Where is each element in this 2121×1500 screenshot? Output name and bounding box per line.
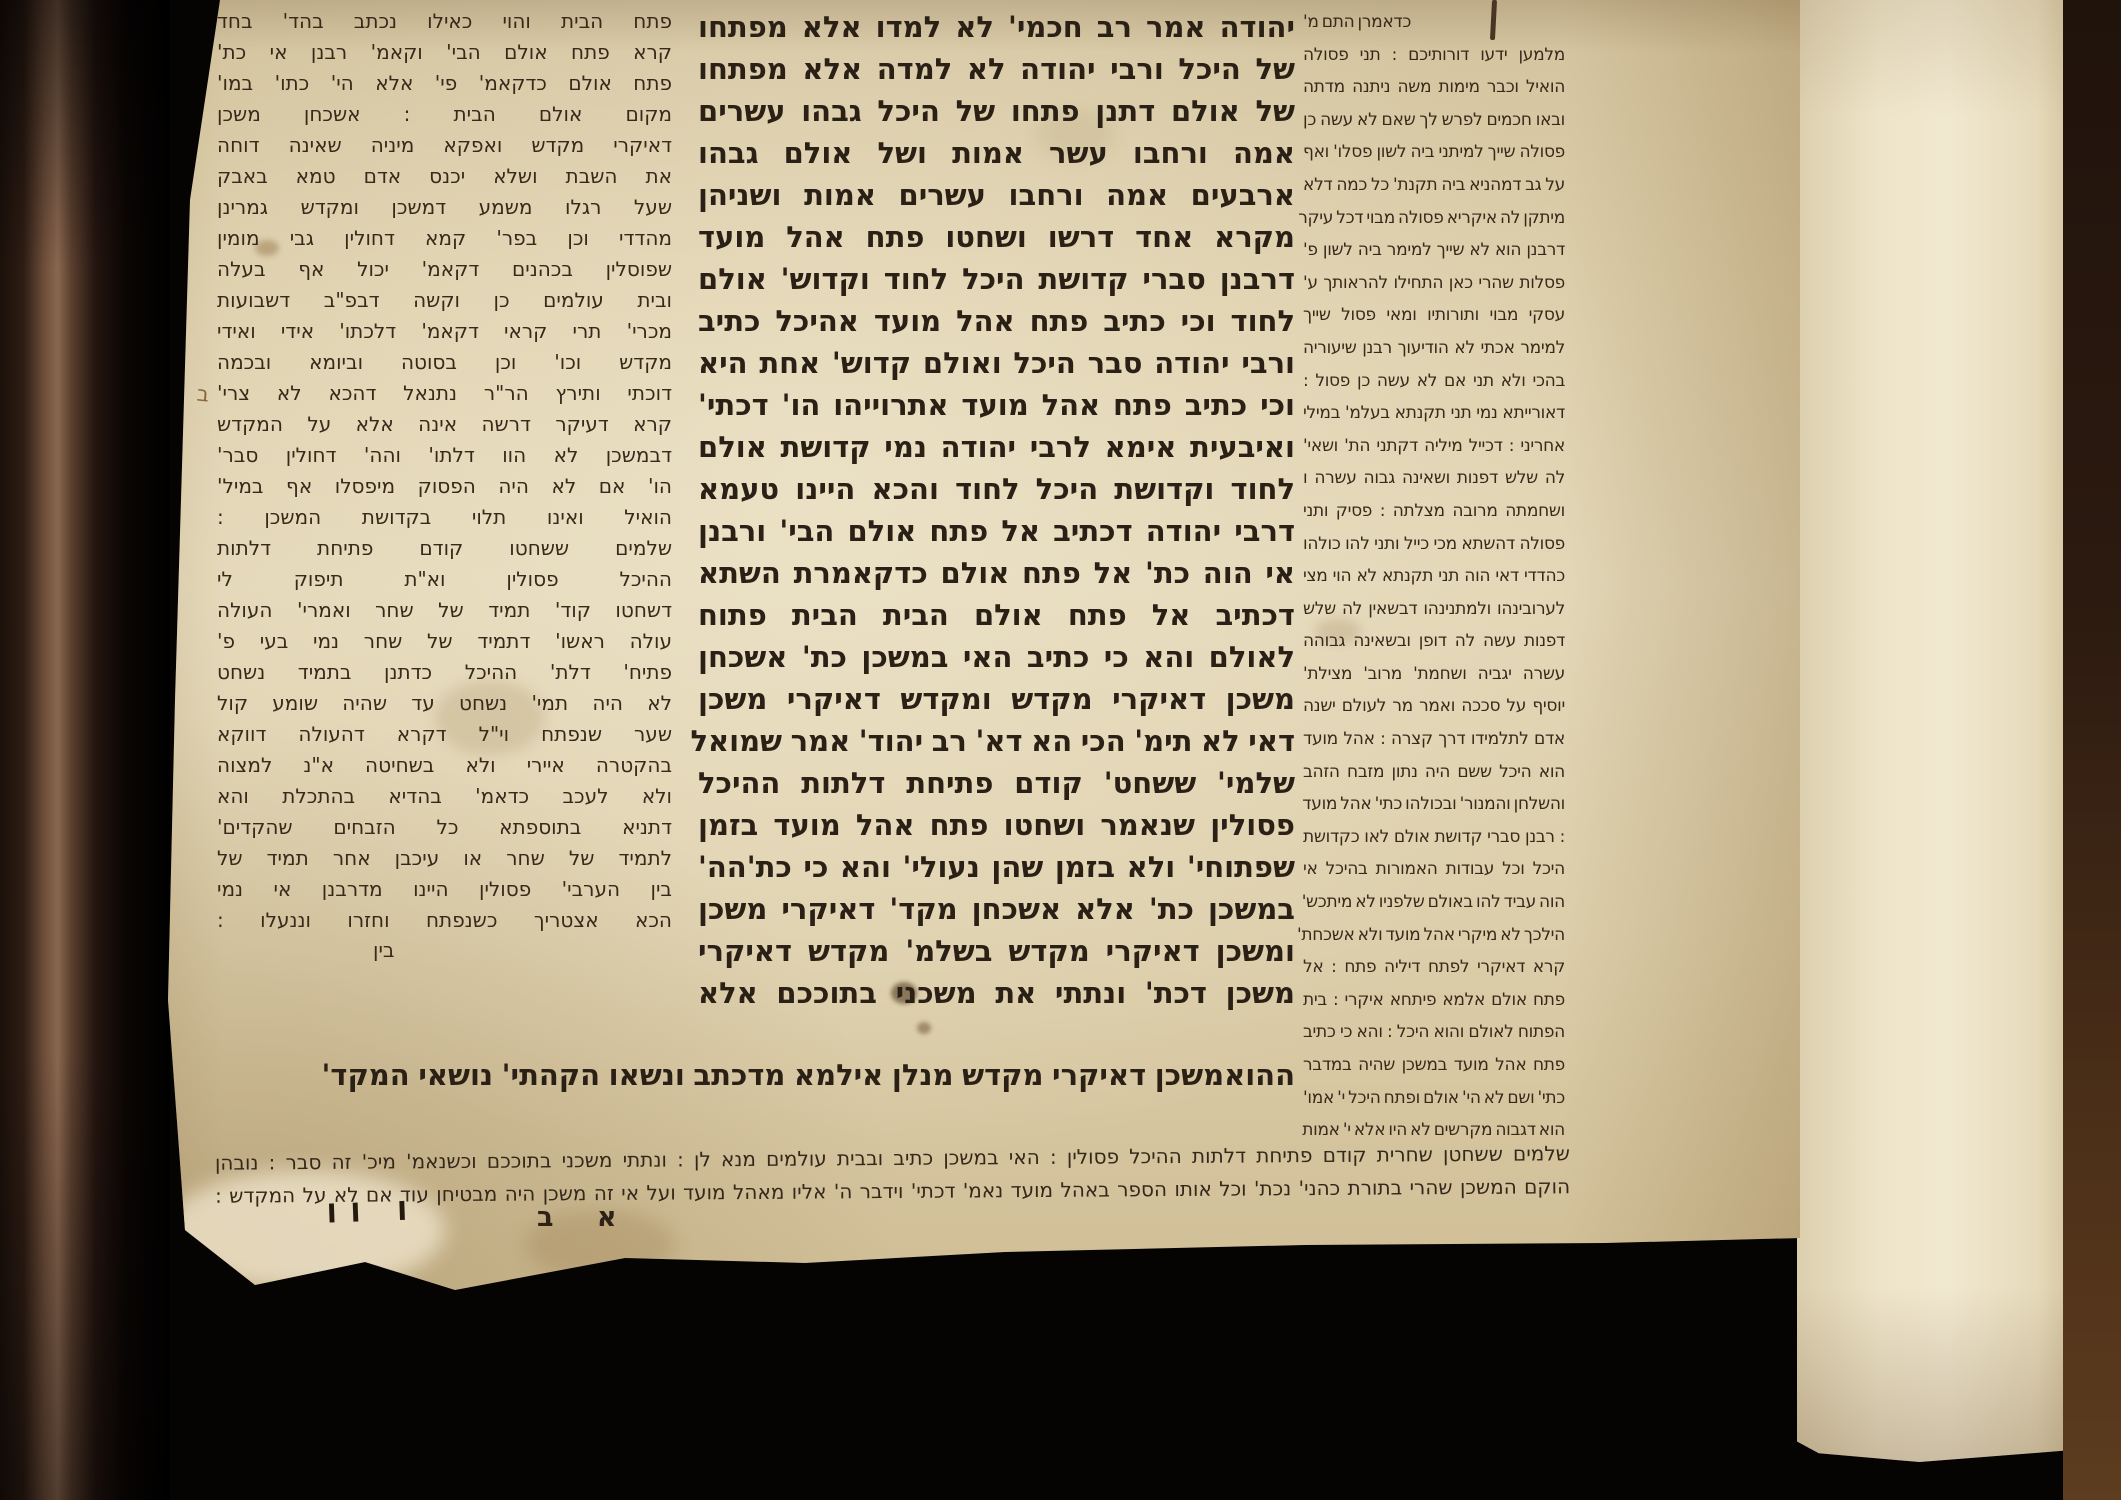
- text-line: קרא דעיקר דרשה אינה אלא על המקדש: [217, 409, 672, 440]
- text-line: אדם לתלמידו דרך קצרה : אהל מועד: [1303, 723, 1565, 756]
- text-line: על גב דמהניא ביה תקנת' כל כמה דלא: [1303, 169, 1565, 202]
- text-line: : רבנן סברי קדושת אולם לאו כקדושת: [1303, 821, 1565, 854]
- left-commentary-column: פתח הבית והוי כאילו נכתב בהד' בחדקרא פתח…: [217, 6, 672, 936]
- text-line: פסלות שהרי כאן התחילו להראותך ע': [1303, 267, 1565, 300]
- text-line: קרא פתח אולם הבי' וקאמ' רבנן אי כת': [217, 37, 672, 68]
- text-line: מקדש וכו' וכן בסוטה וביומא ובכמה: [217, 347, 672, 378]
- text-line: דשחטו קוד' תמיד של שחר ואמרי' העולה: [217, 595, 672, 626]
- text-line: פסולה שייך למיתני ביה לשון פסלו' ואף: [1303, 136, 1565, 169]
- text-line: שפתוחי' ולא בזמן שהן נעולי' והא כי כת'הה…: [698, 846, 1295, 888]
- text-line: משכן דאיקרי מקדש ומקדש דאיקרי משכן: [698, 678, 1295, 720]
- text-line: כהדדי דאי הוה תני תקנתא לא הוי מצי: [1303, 560, 1565, 593]
- text-line: הכא אצטריך כשנפתח וחזרו וננעלו :: [217, 905, 672, 936]
- text-line: עולה ראשו' דתמיד של שחר נמי בעי פ': [217, 626, 672, 657]
- facing-page-edge: [1797, 0, 2069, 1462]
- text-line: ואיבעית אימא לרבי יהודה נמי קדושת אולם: [698, 426, 1295, 468]
- text-line: מיתקן לה איקריא פסולה מבוי דכל עיקר: [1303, 202, 1565, 235]
- text-line: ולא לעכב כדאמ' בהדיא בהתכלת והא: [217, 781, 672, 812]
- text-line: פתח הבית והוי כאילו נכתב בהד' בחד: [217, 6, 672, 37]
- text-line: אי הוה כת' אל פתח אולם כדקאמרת השתא: [698, 552, 1295, 594]
- text-line: דרבנן הוא לא שייך למימר ביה לשון פ': [1303, 234, 1565, 267]
- text-line: לחוד וקדושת היכל לחוד והכא היינו טעמא: [698, 468, 1295, 510]
- text-line: דרבי יהודה דכתיב אל פתח אולם הבי' ורבנן: [698, 510, 1295, 552]
- rashi-column: כדאמרן התם מ'מלמען ידעו דורותיכם : תני פ…: [1303, 6, 1565, 1147]
- text-line: מקרא אחד דרשו ושחטו פתח אהל מועד: [698, 216, 1295, 258]
- text-line: דבמשכן לא הוו דלתו' והה' דחולין סבר': [217, 440, 672, 471]
- text-line: פתח אולם אלמא פיתחא איקרי : בית: [1303, 984, 1565, 1017]
- text-line: שעל רגלו משמע דמשכן ומקדש גמרינן: [217, 192, 672, 223]
- left-column-catchword: בין: [373, 938, 394, 962]
- text-line: פסולה דהשתא מכי כייל ותני להו כולהו: [1303, 528, 1565, 561]
- text-line: לערובינהו ולמתנינהו דבשאין לה שלש: [1303, 593, 1565, 626]
- page-catchword: ההוא: [1224, 1058, 1295, 1092]
- text-line: בהכי ולא תני אם לא עשה כן פסול :: [1303, 365, 1565, 398]
- text-line: דאורייתא נמי תני תקנתא בעלמ' במילי: [1303, 397, 1565, 430]
- gemara-last-line: ההוא משכן דאיקרי מקדש מנלן אילמא מדכתב ו…: [290, 1058, 1295, 1092]
- text-line: את השבת ושלא יכנס אדם טמא באבק: [217, 161, 672, 192]
- text-line: למימר אכתי לא הודיעוך רבנן שיעוריה: [1303, 332, 1565, 365]
- text-line: מהדדי וכן בפר' קמא דחולין גבי מומין: [217, 223, 672, 254]
- text-line: בהקטרה איירי ולא בשחיטה א"נ למצוה: [217, 750, 672, 781]
- text-line: ובאו חכמים לפרש לך שאם לא עשה כן: [1303, 104, 1565, 137]
- text-line: שלמי' ששחט' קודם פתיחת דלתות ההיכל: [698, 762, 1295, 804]
- talmud-page: פתח הבית והוי כאילו נכתב בהד' בחדקרא פתח…: [105, 0, 1800, 1300]
- text-line: ובית עולמים כן וקשה דבפ"ב דשבועות: [217, 285, 672, 316]
- text-line: מקום אולם הבית : אשכחן משכן: [217, 99, 672, 130]
- book-scan: פתח הבית והוי כאילו נכתב בהד' בחדקרא פתח…: [0, 0, 2121, 1500]
- text-line: פתיח' דלת' ההיכל כדתנן בתמיד נשחט: [217, 657, 672, 688]
- text-line: כתי' ושם לא הי' אולם ופתח היכל י' אמו': [1303, 1082, 1565, 1115]
- text-line: הוא היכל ששם היה נתון מזבח הזהב: [1303, 756, 1565, 789]
- text-line: דאי לא תימ' הכי הא דא' רב יהוד' אמר שמוא…: [698, 720, 1295, 762]
- text-line: הו' אם לא היה הפסוק מיפסלו אף במיל': [217, 471, 672, 502]
- text-line: לחוד וכי כתיב פתח אהל מועד אהיכל כתיב: [698, 300, 1295, 342]
- text-line: ושחמתה מרובה מצלתה : פסיק ותני: [1303, 495, 1565, 528]
- text-line: פתח אהל מועד במשכן שהיה במדבר: [1303, 1049, 1565, 1082]
- text-line: לא היה תמי' נשחט עד שהיה שומע קול: [217, 688, 672, 719]
- text-line: עסקי מבוי ותורותיו ומאי פסול שייך: [1303, 299, 1565, 332]
- handwritten-pen-marks: II I: [327, 1196, 422, 1229]
- text-line: עשרה יגביה ושחמת' מרוב' מצילת': [1303, 658, 1565, 691]
- text-line: של אולם דתנן פתחו של היכל גבהו עשרים: [698, 90, 1295, 132]
- text-line: ארבעים אמה ורחבו עשרים אמות ושניהן: [698, 174, 1295, 216]
- text-line: פתח אולם כדקאמ' פי' אלא הי' כתו' במו': [217, 68, 672, 99]
- text-line: ההיכל פסולין וא"ת תיפוק לי: [217, 564, 672, 595]
- margin-ink-letter: ב: [196, 381, 211, 406]
- book-cover-left: [0, 0, 170, 1500]
- text-line: מכרי' תרי קראי דקאמ' דלכתו' אידי ואידי: [217, 316, 672, 347]
- text-line: הוה עביד להו באולם שלפניו לא מיתכש': [1303, 886, 1565, 919]
- text-line: שפוסלין בכהנים דקאמ' יכול אף בעלה: [217, 254, 672, 285]
- text-line: יהודה אמר רב חכמי' לא למדו אלא מפתחו: [698, 6, 1295, 48]
- text-line: כדאמרן התם מ': [1303, 6, 1565, 39]
- paper-stain: [917, 1022, 931, 1034]
- text-line: לתמיד של שחר או עיכבן אחר תמיד של: [217, 843, 672, 874]
- text-line: וכי כתיב פתח אהל מועד אתרוייהו הו' דכתי': [698, 384, 1295, 426]
- text-line: הפתוח לאולם והוא היכל : והא כי כתיב: [1303, 1016, 1565, 1049]
- text-line: לאולם והא כי כתיב האי במשכן כת' אשכחן: [698, 636, 1295, 678]
- quire-signature-letters: א ב: [537, 1202, 617, 1233]
- text-line: דוכתי ותירץ הר"ר נתנאל דהכא לא צרי': [217, 378, 672, 409]
- text-line: היכל וכל עבודות האמורות בהיכל אי: [1303, 853, 1565, 886]
- text-line: דתניא בתוספתא כל הזבחים שהקדים': [217, 812, 672, 843]
- text-line: פסולין שנאמר ושחטו פתח אהל מועד בזמן: [698, 804, 1295, 846]
- text-line: דכתיב אל פתח אולם הבית הבית פתוח: [698, 594, 1295, 636]
- text-line: לה שלש דפנות ושאינה גבוה עשרה ו: [1303, 462, 1565, 495]
- text-line: דרבנן סברי קדושת היכל לחוד וקדוש' אולם: [698, 258, 1295, 300]
- text-line: דפנות עשה לה דופן ובשאינה גבוהה: [1303, 625, 1565, 658]
- text-line: במשכן כת' אלא אשכחן מקד' דאיקרי משכן: [698, 888, 1295, 930]
- text-line: בין הערבי' פסולין היינו מדרבנן אי נמי: [217, 874, 672, 905]
- text-line: אמה ורחבו עשר אמות ושל אולם גבהו: [698, 132, 1295, 174]
- text-line: יוסיף על סככה ואמר מר לעולם ישנה: [1303, 690, 1565, 723]
- text-line: ורבי יהודה סבר היכל ואולם קדוש' אחת היא: [698, 342, 1295, 384]
- text-line: אחריני : דכייל מיליה דקתני הת' ושאי': [1303, 430, 1565, 463]
- book-cover-right: [2063, 0, 2121, 1500]
- text-line: הואיל ואינו תלוי בקדושת המשכן :: [217, 502, 672, 533]
- text-line: והשלחן והמנור' ובכולהו כתי' אהל מועד: [1303, 788, 1565, 821]
- text-line: הילכך לא מיקרי אהל מועד ולא אשכחת': [1303, 919, 1565, 952]
- text-line: של היכל ורבי יהודה לא למדה אלא מפתחו: [698, 48, 1295, 90]
- text-line: הואיל וכבר מימות משה ניתנה מדתה: [1303, 71, 1565, 104]
- text-line: קרא דאיקרי לפתח דיליה פתח : אל: [1303, 951, 1565, 984]
- gemara-last-line-text: משכן דאיקרי מקדש מנלן אילמא מדכתב ונשאו …: [322, 1058, 1225, 1092]
- text-line: שער שנפתח וי"ל דקרא דהעולה דווקא: [217, 719, 672, 750]
- text-line: מלמען ידעו דורותיכם : תני פסולה: [1303, 39, 1565, 72]
- gemara-column: יהודה אמר רב חכמי' לא למדו אלא מפתחושל ה…: [698, 6, 1295, 1014]
- text-line: ומשכן דאיקרי מקדש בשלמ' מקדש דאיקרי: [698, 930, 1295, 972]
- text-line: שלמים ששחטו קודם פתיחת דלתות: [217, 533, 672, 564]
- text-line: דאיקרי מקדש ואפקא מיניה שאינה דוחה: [217, 130, 672, 161]
- text-line: משכן דכת' ונתתי את משכני בתוככם אלא: [698, 972, 1295, 1014]
